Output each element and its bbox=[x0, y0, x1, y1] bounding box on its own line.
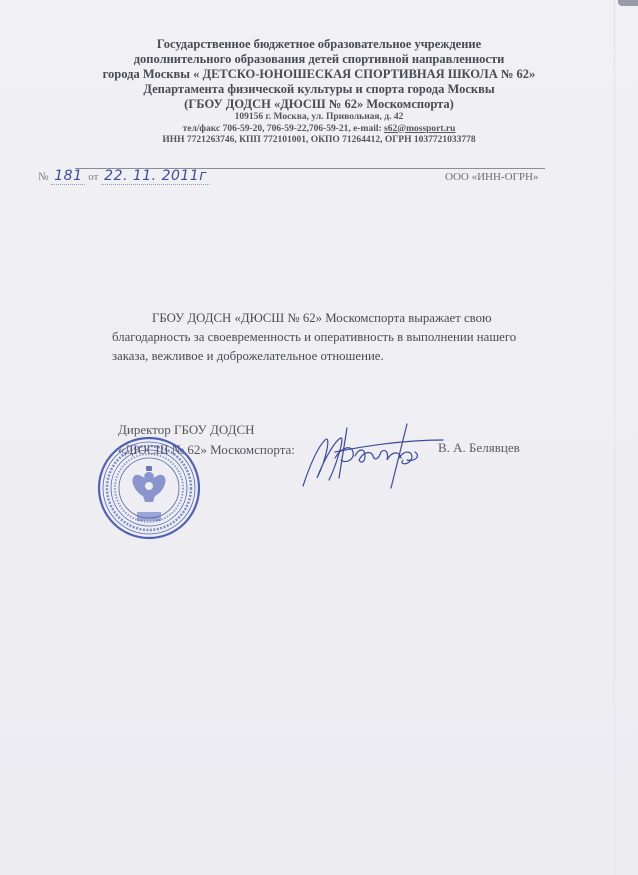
letterhead: Государственное бюджетное образовательно… bbox=[0, 37, 638, 147]
letter-body-line-1: ГБОУ ДОДСН «ДЮСШ № 62» Москомспорта выра… bbox=[112, 309, 582, 328]
outgoing-date-value: 22. 11. 2011г bbox=[101, 168, 210, 185]
official-stamp-icon bbox=[97, 436, 201, 540]
letterhead-line-4: Департамента физической культуры и спорт… bbox=[0, 82, 638, 97]
letterhead-line-5: (ГБОУ ДОДСН «ДЮСШ № 62» Москомспорта) bbox=[0, 97, 638, 112]
outgoing-date-label: от bbox=[88, 171, 98, 183]
outgoing-number-value: 181 bbox=[51, 168, 85, 185]
letterhead-address: 109156 г. Москва, ул. Привольная, д. 42 bbox=[0, 112, 638, 124]
outgoing-number-label: № bbox=[38, 171, 49, 183]
letterhead-line-1: Государственное бюджетное образовательно… bbox=[0, 37, 638, 52]
signatory-name: В. А. Белявцев bbox=[438, 440, 520, 456]
letterhead-registry: ИНН 7721263746, КПП 772101001, ОКПО 7126… bbox=[0, 135, 638, 147]
signature-icon bbox=[295, 418, 445, 490]
letterhead-email-link[interactable]: s62@mossport.ru bbox=[384, 124, 455, 134]
outgoing-number-date: № 181 от 22. 11. 2011г bbox=[38, 168, 210, 184]
letterhead-phone: тел/факс 706-59-20, 706-59-22,706-59-21,… bbox=[183, 124, 384, 134]
scanned-letter-page: Государственное бюджетное образовательно… bbox=[0, 0, 638, 875]
letter-body: ГБОУ ДОДСН «ДЮСШ № 62» Москомспорта выра… bbox=[112, 309, 582, 366]
letter-body-line-3: заказа, вежливое и доброжелательное отно… bbox=[112, 347, 582, 366]
letterhead-line-2: дополнительного образования детей спорти… bbox=[0, 52, 638, 67]
letterhead-line-3: города Москвы « ДЕТСКО-ЮНОШЕСКАЯ СПОРТИВ… bbox=[0, 67, 638, 82]
letter-body-line-2: благодарность за своевременность и опера… bbox=[112, 328, 582, 347]
addressee: ООО «ИНН-ОГРН» bbox=[445, 171, 538, 183]
letterhead-contacts: тел/факс 706-59-20, 706-59-22,706-59-21,… bbox=[0, 124, 638, 136]
scan-corner-shadow bbox=[618, 0, 638, 6]
